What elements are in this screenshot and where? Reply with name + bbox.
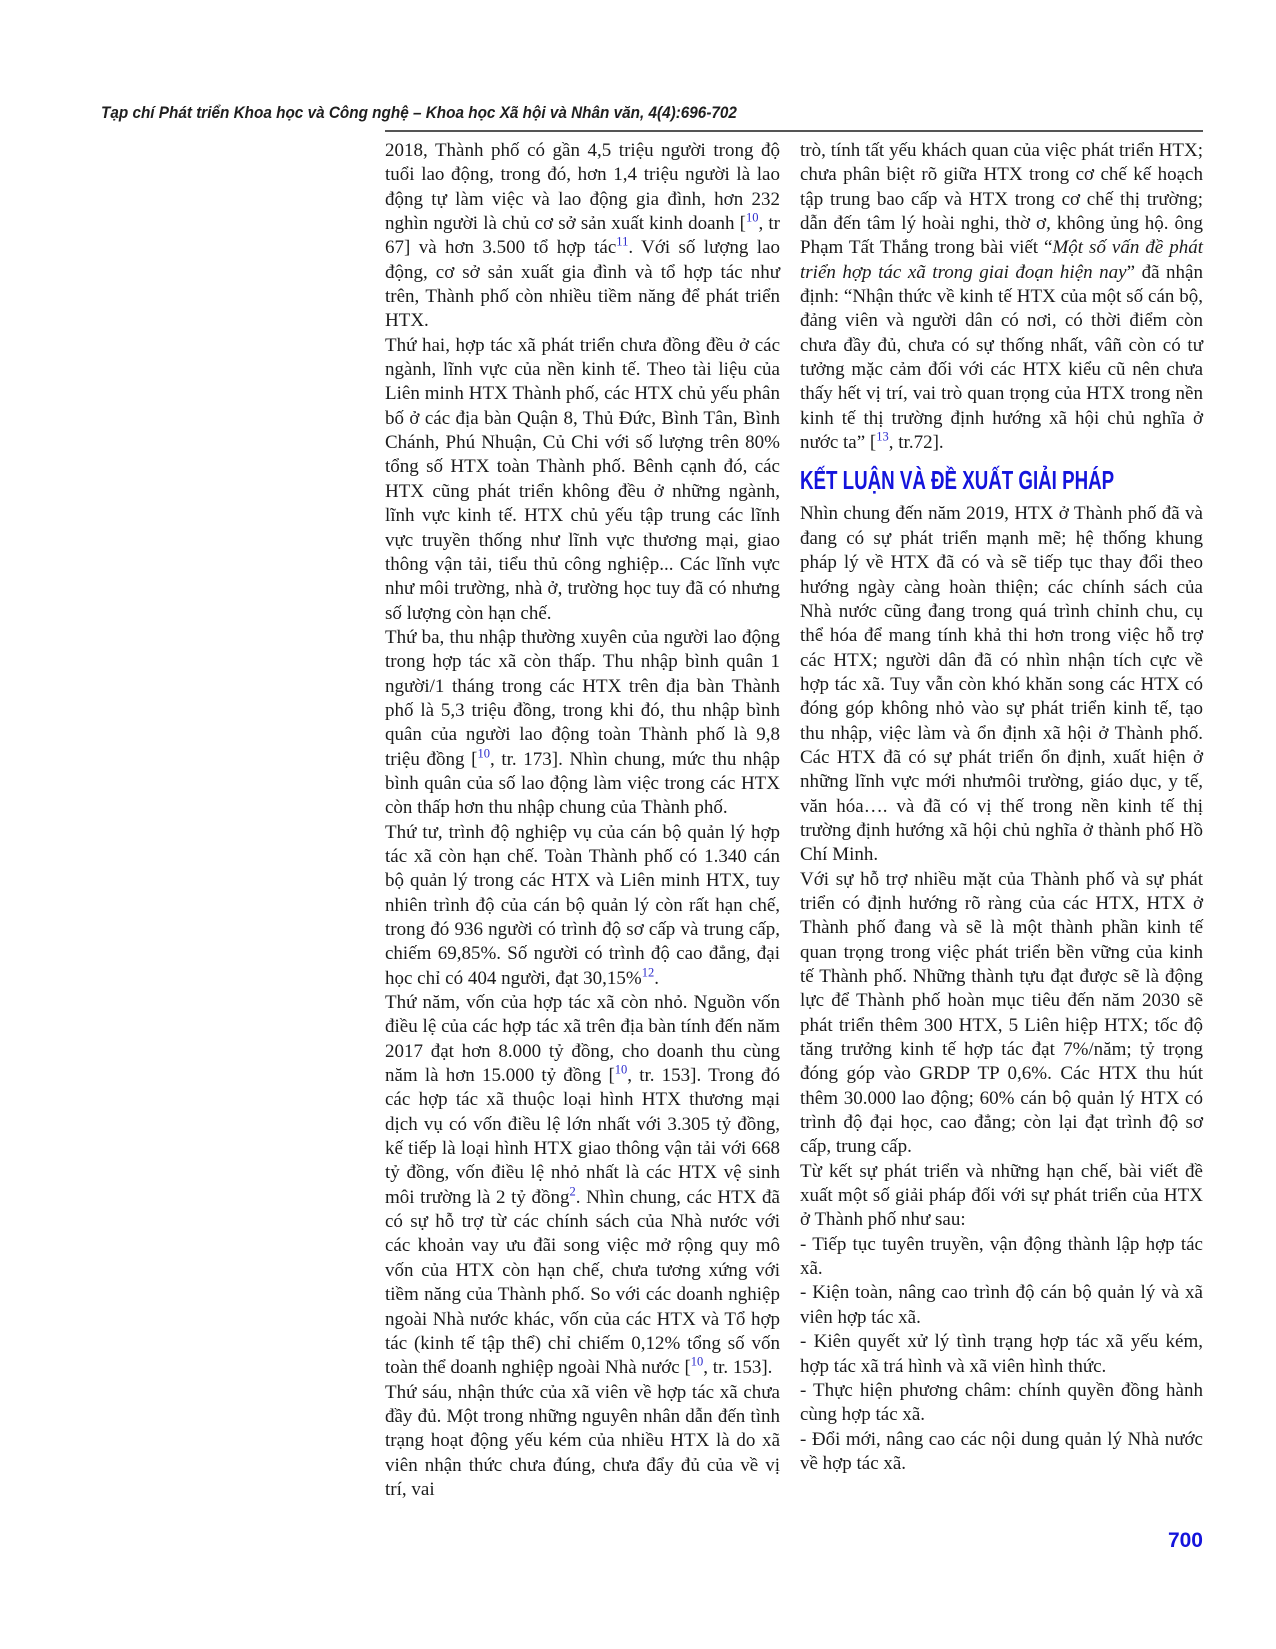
text-run: 2018, Thành phố có gần 4,5 triệu người t… — [385, 140, 780, 234]
paragraph: - Tiếp tục tuyên truyền, vận động thành … — [800, 1233, 1203, 1282]
paragraph: Thứ tư, trình độ nghiệp vụ của cán bộ qu… — [385, 821, 780, 991]
paragraph: - Đổi mới, nâng cao các nội dung quản lý… — [800, 1428, 1203, 1477]
reference-superscript[interactable]: 10 — [477, 746, 490, 760]
text-run: - Tiếp tục tuyên truyền, vận động thành … — [800, 1234, 1203, 1279]
header-rule — [385, 130, 1203, 132]
paragraph: Thứ năm, vốn của hợp tác xã còn nhỏ. Ngu… — [385, 991, 780, 1381]
text-run: Với sự hỗ trợ nhiều mặt của Thành phố và… — [800, 869, 1203, 1158]
text-run: . Nhìn chung, các HTX đã có sự hỗ trợ từ… — [385, 1187, 780, 1378]
text-run: - Kiện toàn, nâng cao trình độ cán bộ qu… — [800, 1282, 1203, 1327]
paragraph: - Kiện toàn, nâng cao trình độ cán bộ qu… — [800, 1281, 1203, 1330]
text-run: Thứ sáu, nhận thức của xã viên về hợp tá… — [385, 1382, 780, 1500]
text-run: , tr.72]. — [889, 432, 944, 453]
section-heading: KẾT LUẬN VÀ ĐỀ XUẤT GIẢI PHÁP — [800, 466, 1203, 495]
right-column-top: trò, tính tất yếu khách quan của việc ph… — [800, 139, 1203, 455]
paragraph: Với sự hỗ trợ nhiều mặt của Thành phố và… — [800, 868, 1203, 1160]
text-run: Thứ tư, trình độ nghiệp vụ của cán bộ qu… — [385, 822, 780, 989]
paragraph: Từ kết sự phát triển và những hạn chế, b… — [800, 1160, 1203, 1233]
reference-superscript[interactable]: 10 — [691, 1355, 704, 1369]
reference-superscript[interactable]: 10 — [615, 1063, 628, 1077]
right-column: trò, tính tất yếu khách quan của việc ph… — [800, 139, 1203, 1502]
right-column-bottom: Nhìn chung đến năm 2019, HTX ở Thành phố… — [800, 502, 1203, 1476]
reference-superscript[interactable]: 12 — [642, 965, 655, 979]
page-number: 700 — [1168, 1529, 1203, 1553]
text-run: Từ kết sự phát triển và những hạn chế, b… — [800, 1161, 1203, 1231]
section-heading-text: KẾT LUẬN VÀ ĐỀ XUẤT GIẢI PHÁP — [800, 466, 1114, 495]
text-run: - Kiên quyết xử lý tình trạng hợp tác xã… — [800, 1331, 1203, 1376]
reference-superscript[interactable]: 13 — [876, 430, 889, 444]
paragraph: 2018, Thành phố có gần 4,5 triệu người t… — [385, 139, 780, 334]
left-column: 2018, Thành phố có gần 4,5 triệu người t… — [385, 139, 780, 1502]
two-column-body: 2018, Thành phố có gần 4,5 triệu người t… — [385, 139, 1203, 1502]
paragraph: Thứ sáu, nhận thức của xã viên về hợp tá… — [385, 1381, 780, 1503]
paragraph: - Kiên quyết xử lý tình trạng hợp tác xã… — [800, 1330, 1203, 1379]
paragraph: Thứ hai, hợp tác xã phát triển chưa đồng… — [385, 334, 780, 626]
reference-superscript[interactable]: 10 — [746, 211, 759, 225]
paragraph: Nhìn chung đến năm 2019, HTX ở Thành phố… — [800, 502, 1203, 867]
reference-superscript[interactable]: 11 — [616, 235, 628, 249]
text-run: ” đã nhận định: “Nhận thức về kinh tế HT… — [800, 262, 1203, 453]
text-run: - Thực hiện phương châm: chính quyền đồn… — [800, 1380, 1203, 1425]
text-run: Nhìn chung đến năm 2019, HTX ở Thành phố… — [800, 503, 1203, 865]
text-run: Thứ hai, hợp tác xã phát triển chưa đồng… — [385, 335, 780, 624]
journal-header: Tạp chí Phát triển Khoa học và Công nghệ… — [101, 101, 737, 125]
paragraph: - Thực hiện phương châm: chính quyền đồn… — [800, 1379, 1203, 1428]
text-run: . — [654, 968, 659, 989]
paragraph: trò, tính tất yếu khách quan của việc ph… — [800, 139, 1203, 455]
text-run: - Đổi mới, nâng cao các nội dung quản lý… — [800, 1429, 1203, 1474]
paragraph: Thứ ba, thu nhập thường xuyên của người … — [385, 626, 780, 821]
text-run: , tr. 153]. — [703, 1357, 772, 1378]
